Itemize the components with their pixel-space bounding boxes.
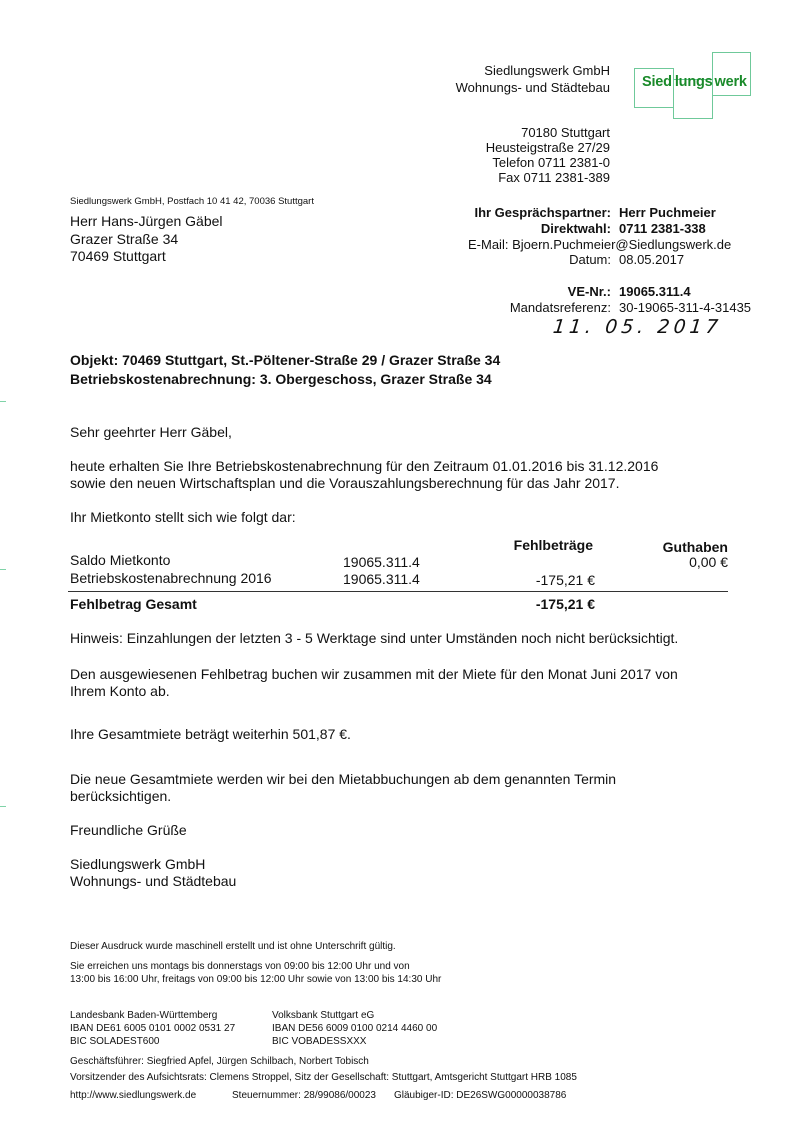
managers: Geschäftsführer: Siegfried Apfel, Jürgen… bbox=[70, 1055, 369, 1068]
creditor-id: Gläubiger-ID: DE26SWG00000038786 bbox=[394, 1089, 566, 1102]
ve-label: VE-Nr.: bbox=[441, 284, 611, 300]
row-ref: 19065.311.4 bbox=[343, 554, 420, 571]
fold-mark-top bbox=[0, 401, 6, 402]
subject-billing: Betriebskostenabrechnung: 3. Obergeschos… bbox=[70, 371, 492, 388]
partner-label: Ihr Gesprächspartner: bbox=[441, 205, 611, 221]
ve-value: 19065.311.4 bbox=[619, 284, 691, 300]
logo-part-3: werk bbox=[715, 74, 747, 90]
email-value[interactable]: Bjoern.Puchmeier@Siedlungswerk.de bbox=[512, 237, 731, 252]
direct-label: Direktwahl: bbox=[441, 221, 611, 237]
recipient-city: 70469 Stuttgart bbox=[70, 248, 166, 265]
total-deficit: -175,21 € bbox=[536, 596, 595, 613]
handwritten-date: 11. 05. 2017 bbox=[552, 316, 723, 338]
mandate-label: Mandatsreferenz: bbox=[441, 300, 611, 316]
subject-object: Objekt: 70469 Stuttgart, St.-Pöltener-St… bbox=[70, 352, 500, 369]
company-city: 70180 Stuttgart bbox=[521, 125, 610, 141]
tax-number: Steuernummer: 28/99086/00023 bbox=[232, 1089, 376, 1102]
company-phone: Telefon 0711 2381-0 bbox=[492, 155, 610, 171]
sender-line: Siedlungswerk GmbH, Postfach 10 41 42, 7… bbox=[70, 195, 314, 208]
logo-wordmark: Siedlungswerk bbox=[642, 74, 747, 90]
recipient-street: Grazer Straße 34 bbox=[70, 231, 178, 248]
row-label: Saldo Mietkonto bbox=[70, 552, 170, 569]
fold-mark-middle bbox=[0, 569, 6, 570]
company-name: Siedlungswerk GmbH bbox=[484, 63, 610, 79]
table-total-rule bbox=[68, 591, 728, 592]
email-label: E-Mail: bbox=[468, 237, 508, 252]
signature-line-2: Wohnungs- und Städtebau bbox=[70, 873, 236, 890]
date-value: 08.05.2017 bbox=[619, 252, 684, 268]
fold-mark-bottom bbox=[0, 806, 6, 807]
total-label: Fehlbetrag Gesamt bbox=[70, 596, 197, 613]
hours-line-1: Sie erreichen uns montags bis donnerstag… bbox=[70, 960, 410, 973]
new-rent-line-2: berücksichtigen. bbox=[70, 788, 171, 805]
hint: Hinweis: Einzahlungen der letzten 3 - 5 … bbox=[70, 630, 678, 647]
company-subtitle: Wohnungs- und Städtebau bbox=[456, 80, 610, 96]
row-label: Betriebskostenabrechnung 2016 bbox=[70, 570, 272, 587]
board: Vorsitzender des Aufsichtsrats: Clemens … bbox=[70, 1071, 577, 1084]
header-deficit: Fehlbeträge bbox=[514, 537, 593, 554]
bank-iban: IBAN DE56 6009 0100 0214 4460 00 bbox=[272, 1022, 437, 1035]
logo-part-1: Sied bbox=[642, 74, 672, 90]
debit-line-1: Den ausgewiesenen Fehlbetrag buchen wir … bbox=[70, 666, 678, 683]
email-line: E-Mail: Bjoern.Puchmeier@Siedlungswerk.d… bbox=[468, 237, 731, 253]
debit-line-2: Ihrem Konto ab. bbox=[70, 683, 170, 700]
account-intro: Ihr Mietkonto stellt sich wie folgt dar: bbox=[70, 509, 296, 526]
recipient-name: Herr Hans-Jürgen Gäbel bbox=[70, 213, 223, 230]
intro-line-2: sowie den neuen Wirtschaftsplan und die … bbox=[70, 475, 619, 492]
partner-value: Herr Puchmeier bbox=[619, 205, 716, 221]
mandate-value: 30-19065-311-4-31435 bbox=[619, 300, 751, 316]
company-street: Heusteigstraße 27/29 bbox=[486, 140, 610, 156]
bank-name: Volksbank Stuttgart eG bbox=[272, 1009, 374, 1022]
bank-bic: BIC VOBADESSXXX bbox=[272, 1035, 366, 1048]
signature-line-1: Siedlungswerk GmbH bbox=[70, 856, 205, 873]
row-deficit: -175,21 € bbox=[536, 572, 595, 589]
machine-note: Dieser Ausdruck wurde maschinell erstell… bbox=[70, 940, 396, 953]
date-label: Datum: bbox=[441, 252, 611, 268]
salutation: Sehr geehrter Herr Gäbel, bbox=[70, 424, 232, 441]
website-link[interactable]: http://www.siedlungswerk.de bbox=[70, 1089, 196, 1102]
intro-line-1: heute erhalten Sie Ihre Betriebskostenab… bbox=[70, 458, 658, 475]
new-rent-line-1: Die neue Gesamtmiete werden wir bei den … bbox=[70, 771, 616, 788]
row-credit: 0,00 € bbox=[689, 554, 728, 571]
direct-value: 0711 2381-338 bbox=[619, 221, 706, 237]
company-fax: Fax 0711 2381-389 bbox=[498, 170, 610, 186]
rent-statement: Ihre Gesamtmiete beträgt weiterhin 501,8… bbox=[70, 726, 351, 743]
bank-name: Landesbank Baden-Württemberg bbox=[70, 1009, 217, 1022]
hours-line-2: 13:00 bis 16:00 Uhr, freitags von 09:00 … bbox=[70, 973, 441, 986]
closing: Freundliche Grüße bbox=[70, 822, 187, 839]
row-ref: 19065.311.4 bbox=[343, 571, 420, 588]
bank-iban: IBAN DE61 6005 0101 0002 0531 27 bbox=[70, 1022, 235, 1035]
bank-bic: BIC SOLADEST600 bbox=[70, 1035, 159, 1048]
logo-part-2: lungs bbox=[675, 74, 713, 90]
